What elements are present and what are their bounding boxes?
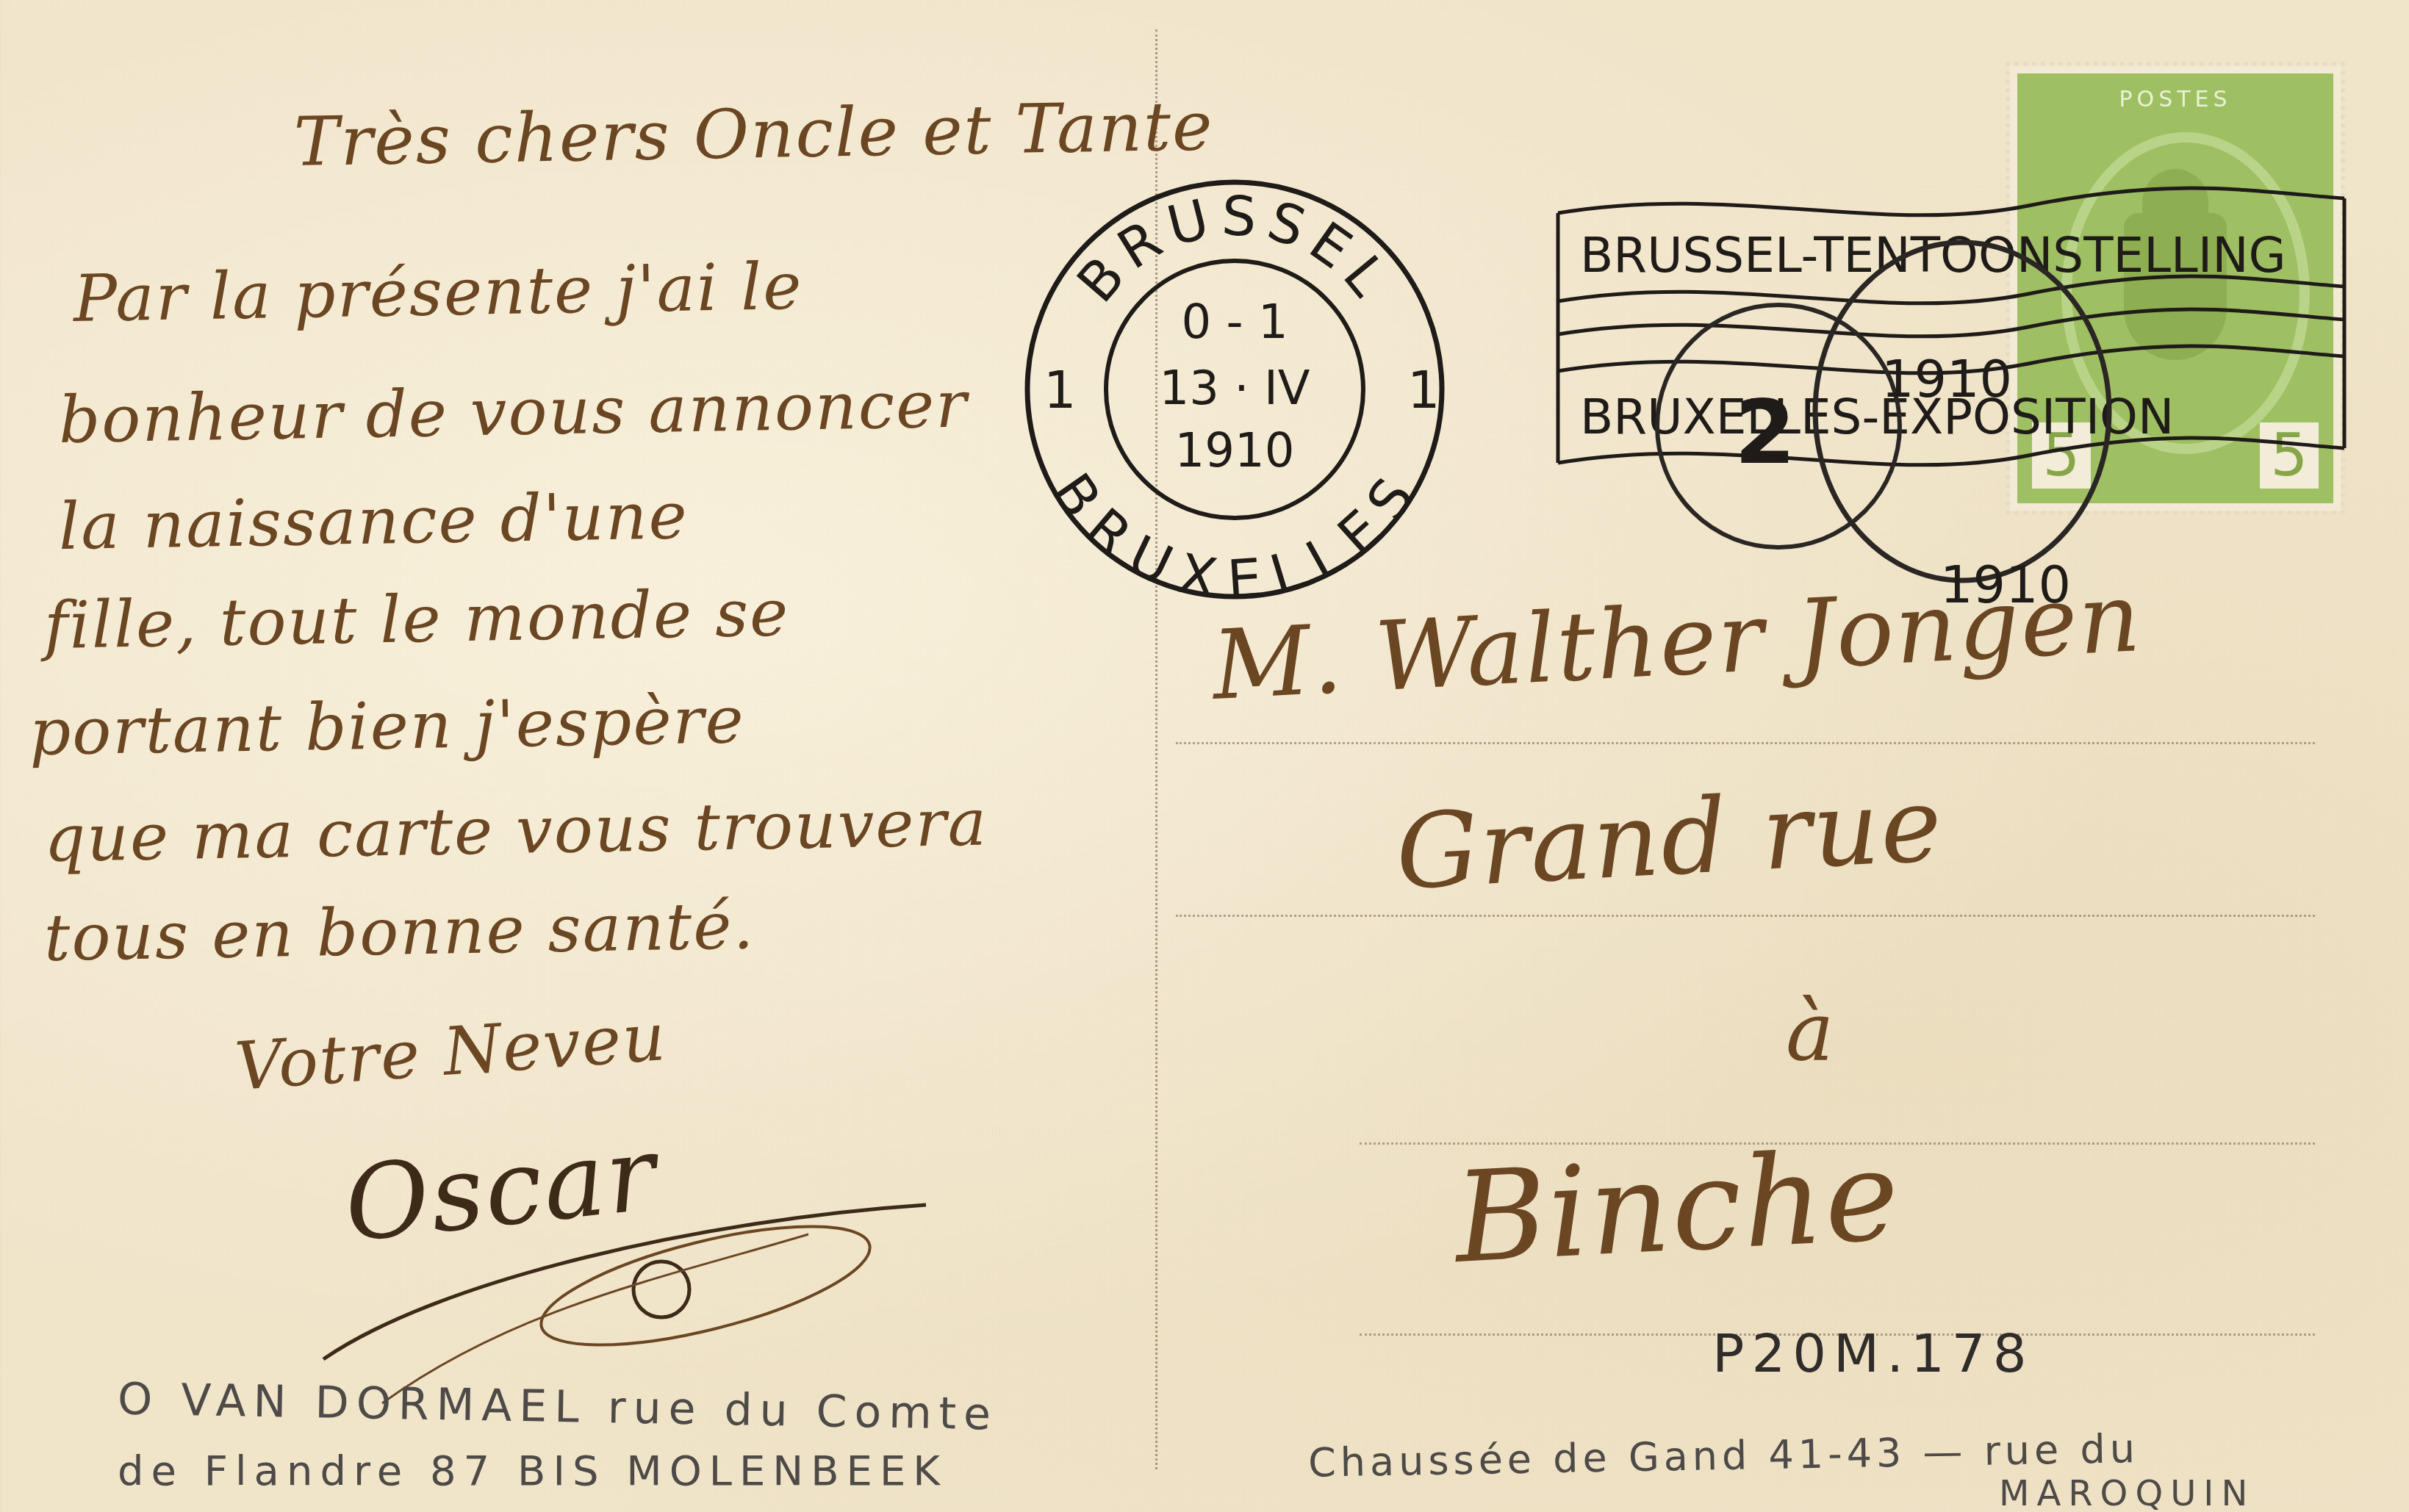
signature-flourish — [294, 1190, 955, 1411]
postmark-year: 1910 — [1175, 424, 1295, 478]
address-line-1 — [1176, 742, 2315, 744]
message-line: bonheur de vous annoncer — [58, 366, 969, 458]
address-line-2 — [1176, 915, 2315, 917]
stamp-label: POSTES — [2017, 87, 2333, 112]
message-line: portant bien j'espère — [29, 682, 745, 770]
postmark-date: 13 · IV — [1159, 361, 1310, 416]
postmark-city-bottom: BRUXELLES — [1040, 462, 1430, 610]
postcard-back: Très chers Oncle et Tante Par la présent… — [0, 0, 2409, 1512]
catalog-note: P20M.178 — [1712, 1322, 2033, 1384]
secondary-postmark: 2 1910 1910 — [1646, 220, 2249, 632]
secondary-postmark-number: 2 — [1734, 382, 1796, 484]
greeting: Très chers Oncle et Tante — [293, 87, 1214, 181]
svg-text:BRUXELLES: BRUXELLES — [1040, 462, 1430, 610]
message-line: Par la présente j'ai le — [73, 248, 803, 336]
secondary-postmark-year-top: 1910 — [1881, 349, 2012, 409]
circular-postmark: BRUSSEL BRUXELLES 0 - 1 13 · IV 1910 1 1 — [1014, 169, 1455, 610]
recipient-city: Binche — [1451, 1123, 1904, 1291]
secondary-postmark-year: 1910 — [1940, 555, 2071, 615]
sender-line-2: de Flandre 87 BIS MOLENBEEK — [118, 1447, 947, 1495]
closing: Votre Neveu — [232, 998, 669, 1106]
message-line: la naissance d'une — [58, 478, 689, 564]
recipient-preposition: à — [1786, 984, 1836, 1079]
postmark-side-left: 1 — [1044, 360, 1077, 420]
message-line: fille, tout le monde se — [43, 575, 790, 663]
message-line: que ma carte vous trouvera — [43, 785, 988, 876]
message-line: tous en bonne santé. — [43, 888, 755, 976]
postmark-side-right: 1 — [1407, 360, 1440, 420]
recipient-street: Grand rue — [1393, 765, 1946, 913]
postmark-time: 0 - 1 — [1181, 295, 1288, 350]
bottom-note-line-2: MAROQUIN — [1999, 1473, 2255, 1512]
